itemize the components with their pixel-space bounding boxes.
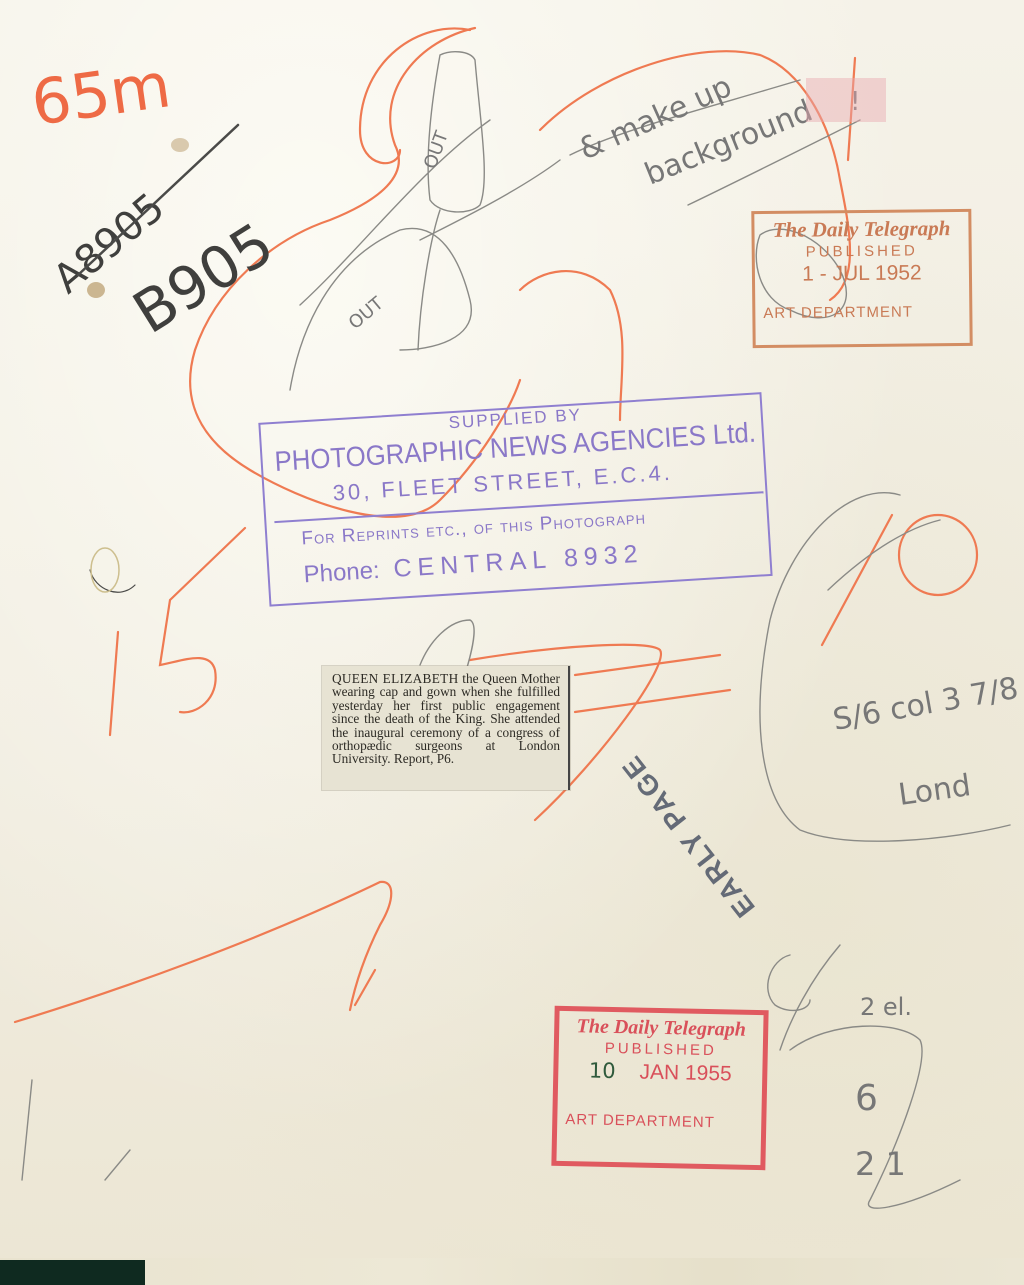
pink-smudge xyxy=(806,78,886,122)
crayon-digit-1-right xyxy=(822,515,892,645)
crayon-digit-5 xyxy=(160,528,245,712)
crayon-curve-lower xyxy=(15,882,391,1022)
agency-phone-label: Phone: xyxy=(303,557,381,589)
pencil-left-mark-2 xyxy=(105,1150,130,1180)
caption-body: the Queen Mother wearing cap and gown wh… xyxy=(332,671,560,766)
crayon-strike-1 xyxy=(575,655,720,675)
stain-spot-2 xyxy=(171,138,189,152)
stamp-department: ART DEPARTMENT xyxy=(763,303,961,322)
stain-outline xyxy=(91,548,119,592)
stain-spot xyxy=(87,282,105,298)
agency-stamp: SUPPLIED BY PHOTOGRAPHIC NEWS AGENCIES L… xyxy=(256,353,789,606)
crayon-digit-0-right xyxy=(899,515,977,595)
caption-clipping: QUEEN ELIZABETH the Queen Mother wearing… xyxy=(322,666,570,790)
pencil-bottom-stroke xyxy=(780,945,840,1050)
scan-dark-corner xyxy=(0,1260,145,1285)
pencil-measure-line2: Lond xyxy=(896,768,973,813)
stamp-status: PUBLISHED xyxy=(763,242,961,261)
pencil-bottom-right-3: 2 1 xyxy=(855,1145,906,1183)
pencil-bottom-right-2: 6 xyxy=(855,1078,878,1119)
stamp-department: ART DEPARTMENT xyxy=(565,1111,753,1132)
pencil-measure-line1: S/6 col 3 7/8 xyxy=(830,671,1021,738)
stamp-date: 1 - JUL 1952 xyxy=(763,261,961,287)
crayon-tick-lower xyxy=(355,970,375,1005)
pencil-left-mark xyxy=(22,1080,32,1180)
scan-bottom-edge xyxy=(0,1258,1024,1285)
stamp-date-row: 10 JAN 1955 xyxy=(566,1058,754,1087)
crayon-curve-top xyxy=(360,28,470,163)
pencil-stroke-2 xyxy=(420,160,560,240)
telegraph-stamp-1952: The Daily Telegraph PUBLISHED 1 - JUL 19… xyxy=(751,209,972,348)
out-mark-1: OUT xyxy=(345,292,389,333)
stamp-masthead: The Daily Telegraph xyxy=(567,1015,755,1042)
stamp-status: PUBLISHED xyxy=(567,1039,755,1060)
stamp-day-handwritten: 10 xyxy=(589,1059,616,1084)
telegraph-stamp-1955: The Daily Telegraph PUBLISHED 10 JAN 195… xyxy=(551,1006,768,1170)
pencil-bottom-right-1: 2 el. xyxy=(860,993,912,1021)
out-mark-2: OUT xyxy=(420,128,453,172)
pencil-bottom-scribble xyxy=(768,955,810,1010)
crayon-ref-65m: 65m xyxy=(27,48,175,140)
stamp-masthead: The Daily Telegraph xyxy=(762,216,960,243)
annotation-drawings: OUT OUT & make up background ! S/6 col 3… xyxy=(0,0,1024,1285)
stamp-date: JAN 1955 xyxy=(639,1061,732,1086)
crayon-strike-2 xyxy=(575,690,730,712)
crayon-digit-1 xyxy=(110,632,118,735)
